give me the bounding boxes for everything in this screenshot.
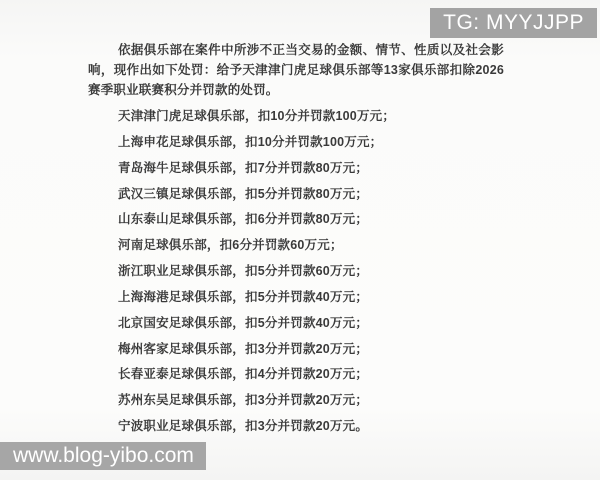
article-page: TG: MYYJJPP 依据俱乐部在案件中所涉不正当交易的金额、情节、性质以及社… [0, 0, 600, 480]
article-body: 依据俱乐部在案件中所涉不正当交易的金额、情节、性质以及社会影响，现作出如下处罚：… [88, 40, 504, 440]
penalty-list: 天津津门虎足球俱乐部，扣10分并罚款100万元； 上海申花足球俱乐部，扣10分并… [88, 104, 504, 440]
penalty-line-wuhan: 武汉三镇足球俱乐部，扣5分并罚款80万元； [88, 182, 504, 208]
telegram-watermark-badge: TG: MYYJJPP [430, 8, 597, 38]
penalty-line-shandong: 山东泰山足球俱乐部，扣6分并罚款80万元； [88, 207, 504, 233]
penalty-line-haigang: 上海海港足球俱乐部，扣5分并罚款40万元； [88, 285, 504, 311]
site-watermark-badge: www.blog-yibo.com [0, 442, 206, 470]
intro-paragraph: 依据俱乐部在案件中所涉不正当交易的金额、情节、性质以及社会影响，现作出如下处罚：… [88, 40, 504, 100]
penalty-line-changchun: 长春亚泰足球俱乐部，扣4分并罚款20万元； [88, 362, 504, 388]
penalty-line-henan: 河南足球俱乐部，扣6分并罚款60万元； [88, 233, 504, 259]
penalty-line-meizhou: 梅州客家足球俱乐部，扣3分并罚款20万元； [88, 337, 504, 363]
penalty-line-suzhou: 苏州东吴足球俱乐部，扣3分并罚款20万元； [88, 388, 504, 414]
penalty-line-zhejiang: 浙江职业足球俱乐部，扣5分并罚款60万元； [88, 259, 504, 285]
penalty-line-shenhua: 上海申花足球俱乐部，扣10分并罚款100万元； [88, 130, 504, 156]
penalty-line-tianjin: 天津津门虎足球俱乐部，扣10分并罚款100万元； [88, 104, 504, 130]
penalty-line-guoan: 北京国安足球俱乐部，扣5分并罚款40万元； [88, 311, 504, 337]
penalty-line-qingdao: 青岛海牛足球俱乐部，扣7分并罚款80万元； [88, 156, 504, 182]
penalty-line-ningbo: 宁波职业足球俱乐部，扣3分并罚款20万元。 [88, 414, 504, 440]
